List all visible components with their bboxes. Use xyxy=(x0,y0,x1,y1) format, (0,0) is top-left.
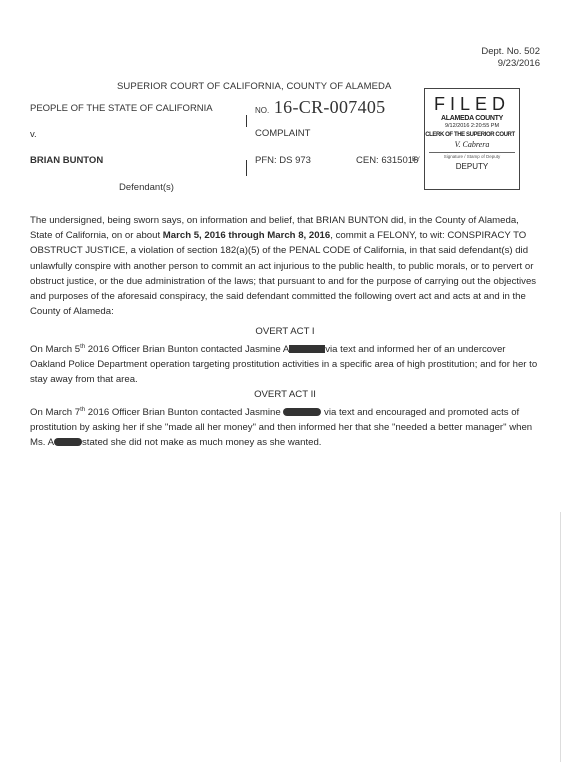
document-type: COMPLAINT xyxy=(255,128,310,139)
redaction-mark xyxy=(283,408,321,416)
scan-edge xyxy=(560,512,561,762)
caption-divider xyxy=(246,115,247,127)
date-range: March 5, 2016 through March 8, 2016 xyxy=(163,230,330,241)
cen-number: CEN: 6315016 xyxy=(356,155,418,166)
charge-text: , commit a FELONY, to wit: CONSPIRACY TO… xyxy=(30,230,536,317)
overt-act-paragraph: On March 7th 2016 Officer Brian Bunton c… xyxy=(30,403,540,451)
act-text: On March 7 xyxy=(30,407,80,418)
document-date: 9/23/2016 xyxy=(481,58,540,70)
filed-stamp: FILED ALAMEDA COUNTY 9/12/2016 2:20:55 P… xyxy=(424,88,520,190)
redaction-mark xyxy=(289,345,325,353)
dept-info: Dept. No. 502 9/23/2016 xyxy=(481,46,540,70)
overt-act-heading: OVERT ACT I xyxy=(30,324,540,339)
act-text: stated she did not make as much money as… xyxy=(82,437,321,448)
act-text: 2016 Officer Brian Bunton contacted Jasm… xyxy=(85,407,283,418)
stamp-timestamp: 9/12/2016 2:20:55 PM xyxy=(425,123,519,129)
versus: v. xyxy=(30,129,37,140)
stamp-by-label: BY xyxy=(412,157,420,163)
plaintiff: PEOPLE OF THE STATE OF CALIFORNIA xyxy=(30,103,213,114)
stamp-deputy: DEPUTY xyxy=(425,162,519,171)
act-text: On March 5 xyxy=(30,344,80,355)
stamp-signature-line xyxy=(429,152,515,153)
stamp-county: ALAMEDA COUNTY xyxy=(425,115,519,122)
case-number: NO. 16-CR-007405 xyxy=(255,97,385,118)
pfn-number: PFN: DS 973 xyxy=(255,155,311,166)
redaction-mark xyxy=(54,438,82,446)
caption-divider xyxy=(246,160,247,176)
defendant-label: Defendant(s) xyxy=(119,182,174,193)
court-title: SUPERIOR COURT OF CALIFORNIA, COUNTY OF … xyxy=(117,81,391,92)
overt-act-paragraph: On March 5th 2016 Officer Brian Bunton c… xyxy=(30,340,540,388)
act-text: 2016 Officer Brian Bunton contacted Jasm… xyxy=(85,344,289,355)
stamp-filed: FILED xyxy=(425,95,519,113)
charge-paragraph: The undersigned, being sworn says, on in… xyxy=(30,213,540,319)
stamp-sub-caption: Signature / Stamp of Deputy xyxy=(425,154,519,159)
case-number-value: 16-CR-007405 xyxy=(274,97,386,117)
overt-act-heading: OVERT ACT II xyxy=(30,387,540,402)
complaint-body: The undersigned, being sworn says, on in… xyxy=(30,213,540,450)
dept-number: Dept. No. 502 xyxy=(481,46,540,58)
stamp-clerk: CLERK OF THE SUPERIOR COURT xyxy=(421,132,519,138)
case-number-label: NO. xyxy=(255,106,269,115)
stamp-signature: V. Cabrera xyxy=(425,140,519,149)
defendant-name: BRIAN BUNTON xyxy=(30,155,103,166)
